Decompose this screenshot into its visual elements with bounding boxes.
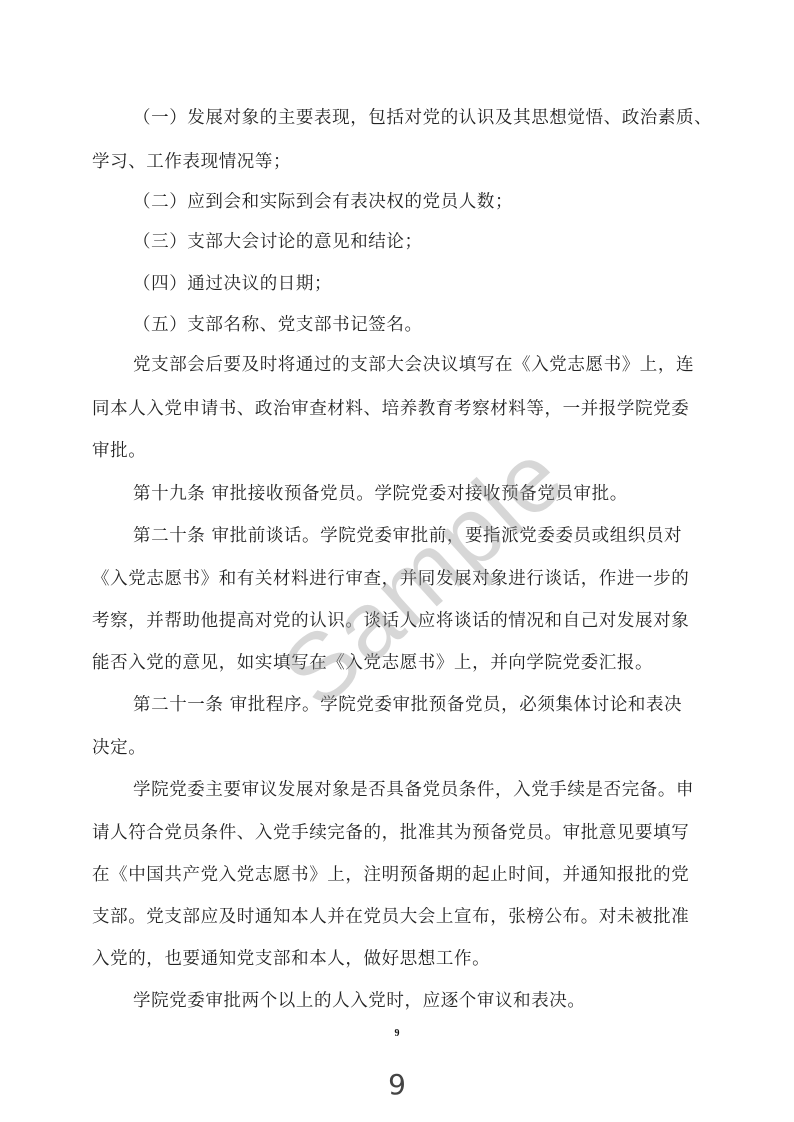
- text-line: 第二十条 审批前谈话。学院党委审批前，要指派党委委员或组织员对: [133, 524, 682, 548]
- text-line: 决定。: [92, 736, 146, 760]
- text-line: （四）通过决议的日期；: [133, 272, 332, 296]
- text-line: 学院党委主要审议发展对象是否具备党员条件，入党手续是否完备。申: [133, 778, 694, 802]
- text-line: 学院党委审批两个以上的人入党时，应逐个审议和表决。: [133, 989, 586, 1013]
- text-line: 请人符合党员条件、入党手续完备的，批准其为预备党员。审批意见要填写: [92, 821, 689, 845]
- text-line: （二）应到会和实际到会有表决权的党员人数；: [133, 190, 513, 214]
- text-line: 第十九条 审批接收预备党员。学院党委对接收预备党员审批。: [133, 482, 628, 506]
- text-line: 同本人入党申请书、政治审查材料、培养教育考察材料等，一并报学院党委: [92, 397, 689, 421]
- text-line: （三）支部大会讨论的意见和结论；: [133, 230, 423, 254]
- text-line: 入党的，也要通知党支部和本人，做好思想工作。: [92, 947, 490, 971]
- document-page: （一）发展对象的主要表现，包括对党的认识及其思想觉悟、政治素质、学习、工作表现情…: [0, 0, 794, 1122]
- text-line: 考察，并帮助他提高对党的认识。谈话人应将谈话的情况和自己对发展对象: [92, 609, 689, 633]
- page-number-footer: 9: [0, 1028, 794, 1039]
- text-line: 在《中国共产党入党志愿书》上，注明预备期的起止时间，并通知报批的党: [92, 863, 689, 887]
- text-line: 支部。党支部应及时通知本人并在党员大会上宣布，张榜公布。对未被批准: [92, 905, 689, 929]
- text-line: 党支部会后要及时将通过的支部大会决议填写在《入党志愿书》上，连: [133, 353, 694, 377]
- text-line: 学习、工作表现情况等；: [92, 150, 291, 174]
- text-line: 《入党志愿书》和有关材料进行审查，并同发展对象进行谈话，作进一步的: [92, 567, 689, 591]
- text-line: 能否入党的意见，如实填写在《入党志愿书》上，并向学院党委汇报。: [92, 651, 653, 675]
- page-number-large: 9: [0, 1068, 794, 1101]
- text-line: 审批。: [92, 439, 146, 463]
- text-line: （一）发展对象的主要表现，包括对党的认识及其思想觉悟、政治素质、: [133, 106, 712, 130]
- text-line: 第二十一条 审批程序。学院党委审批预备党员，必须集体讨论和表决: [133, 693, 682, 717]
- text-line: （五）支部名称、党支部书记签名。: [133, 313, 423, 337]
